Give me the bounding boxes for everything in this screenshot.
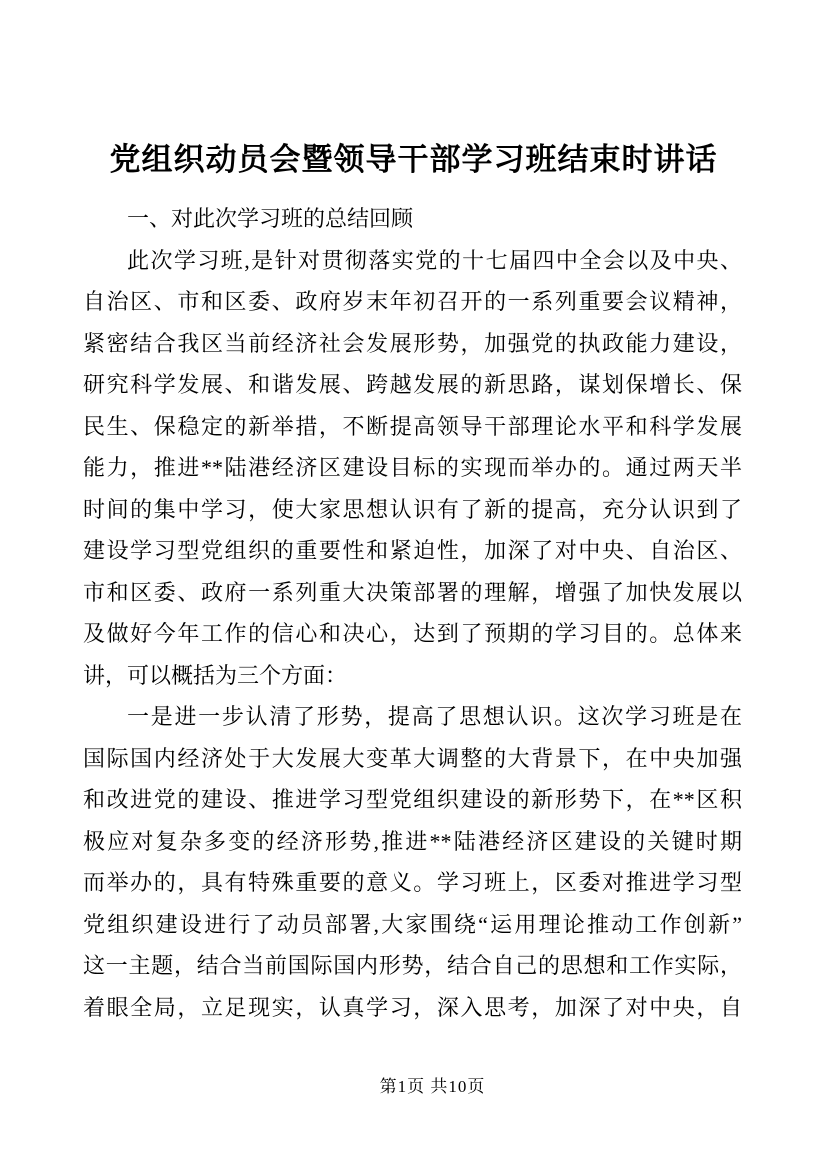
document-page: 党组织动员会暨领导干部学习班结束时讲话 一、对此次学习班的总结回顾 此次学习班,… (0, 0, 827, 1170)
text-line: 和改进党的建设、推进学习型党组织建设的新形势下，在**区积 (83, 779, 742, 821)
text-line: 极应对复杂多变的经济形势,推进**陆港经济区建设的关键时期 (83, 821, 742, 863)
page-number-indicator: 第1页 共10页 (380, 1077, 486, 1096)
text-line: 及做好今年工作的信心和决心，达到了预期的学习目的。总体来 (83, 613, 742, 655)
text-line: 国际国内经济处于大发展大变革大调整的大背景下，在中央加强 (83, 738, 742, 780)
text-line: 这一主题，结合当前国际国内形势，结合自己的思想和工作实际， (83, 945, 742, 987)
text-line: 市和区委、政府一系列重大决策部署的理解，增强了加快发展以 (83, 572, 742, 614)
text-line: 能力，推进**陆港经济区建设目标的实现而举办的。通过两天半 (83, 447, 742, 489)
document-title: 党组织动员会暨领导干部学习班结束时讲话 (0, 136, 827, 184)
text-line: 而举办的，具有特殊重要的意义。学习班上，区委对推进学习型 (83, 862, 742, 904)
text-line: 讲，可以概括为三个方面： (83, 655, 742, 697)
text-line: 自治区、市和区委、政府岁末年初召开的一系列重要会议精神， (83, 281, 742, 323)
text-line: 着眼全局，立足现实，认真学习，深入思考，加深了对中央，自 (83, 987, 742, 1029)
text-line: 研究科学发展、和谐发展、跨越发展的新思路，谋划保增长、保 (83, 364, 742, 406)
text-line: 此次学习班,是针对贯彻落实党的十七届四中全会以及中央、 (83, 240, 742, 282)
section-heading: 一、对此次学习班的总结回顾 (83, 198, 742, 240)
document-body: 一、对此次学习班的总结回顾 此次学习班,是针对贯彻落实党的十七届四中全会以及中央… (83, 198, 742, 1028)
text-line: 紧密结合我区当前经济社会发展形势，加强党的执政能力建设， (83, 323, 742, 365)
text-line: 时间的集中学习，使大家思想认识有了新的提高，充分认识到了 (83, 489, 742, 531)
text-line: 党组织建设进行了动员部署,大家围绕“运用理论推动工作创新” (83, 904, 742, 946)
text-line: 民生、保稳定的新举措，不断提高领导干部理论水平和科学发展 (83, 406, 742, 448)
page-footer: 第1页 共10页 (0, 1074, 827, 1100)
text-line: 建设学习型党组织的重要性和紧迫性，加深了对中央、自治区、 (83, 530, 742, 572)
text-line: 一是进一步认清了形势，提高了思想认识。这次学习班是在 (83, 696, 742, 738)
